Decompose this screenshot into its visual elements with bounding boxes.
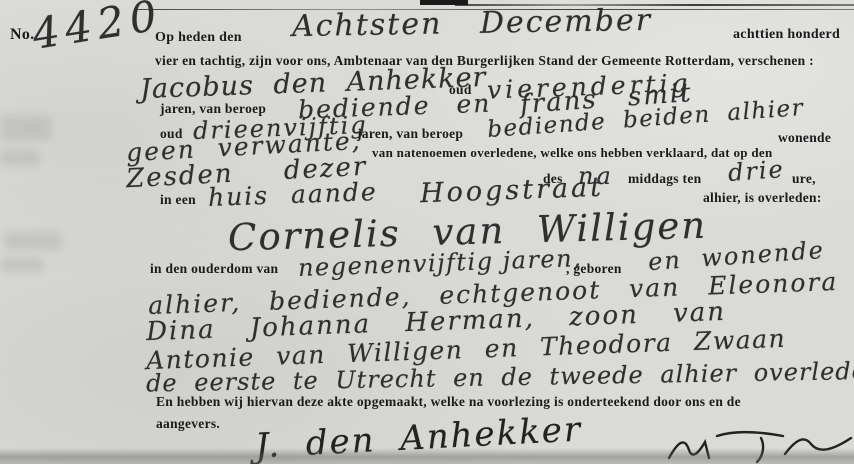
handwritten-huis-aande: huis aande	[208, 177, 379, 212]
printed-alhier-overleden: alhier, is overleden:	[703, 190, 822, 206]
page-bottom-shadow	[0, 448, 854, 464]
printed-wonende: wonende	[778, 130, 831, 146]
top-ink-bar	[420, 0, 468, 5]
printed-closing-line: En hebben wij hiervan deze akte opgemaak…	[156, 394, 741, 410]
death-certificate-page: No. 4420 Op heden den Achtsten December …	[0, 0, 854, 464]
printed-aangevers: aangevers.	[156, 416, 220, 432]
printed-middags-ten: middags ten	[628, 171, 701, 187]
printed-verklaard-line: van natenoemen overledene, welke ons heb…	[372, 145, 772, 161]
bleedthrough-smudge	[0, 115, 52, 141]
bleedthrough-smudge	[4, 232, 62, 250]
bleedthrough-smudge	[0, 150, 40, 166]
record-number-value: 4420	[29, 0, 166, 59]
printed-achttien-honderd: achttien honderd	[733, 27, 840, 43]
printed-ure: ure,	[792, 171, 816, 187]
handwritten-street: Hoogstraat	[420, 172, 605, 209]
handwritten-date: Achtsten December	[292, 3, 653, 44]
bleedthrough-smudge	[0, 258, 44, 272]
record-number-label: No.	[10, 26, 34, 44]
printed-ouderdom: in den ouderdom van	[150, 261, 278, 277]
printed-op-heden-den: Op heden den	[155, 30, 242, 46]
printed-jaren-van-beroep-2: jaren, van beroep	[357, 126, 463, 142]
handwritten-hour: drie	[727, 155, 786, 187]
printed-in-een: in een	[160, 192, 196, 208]
